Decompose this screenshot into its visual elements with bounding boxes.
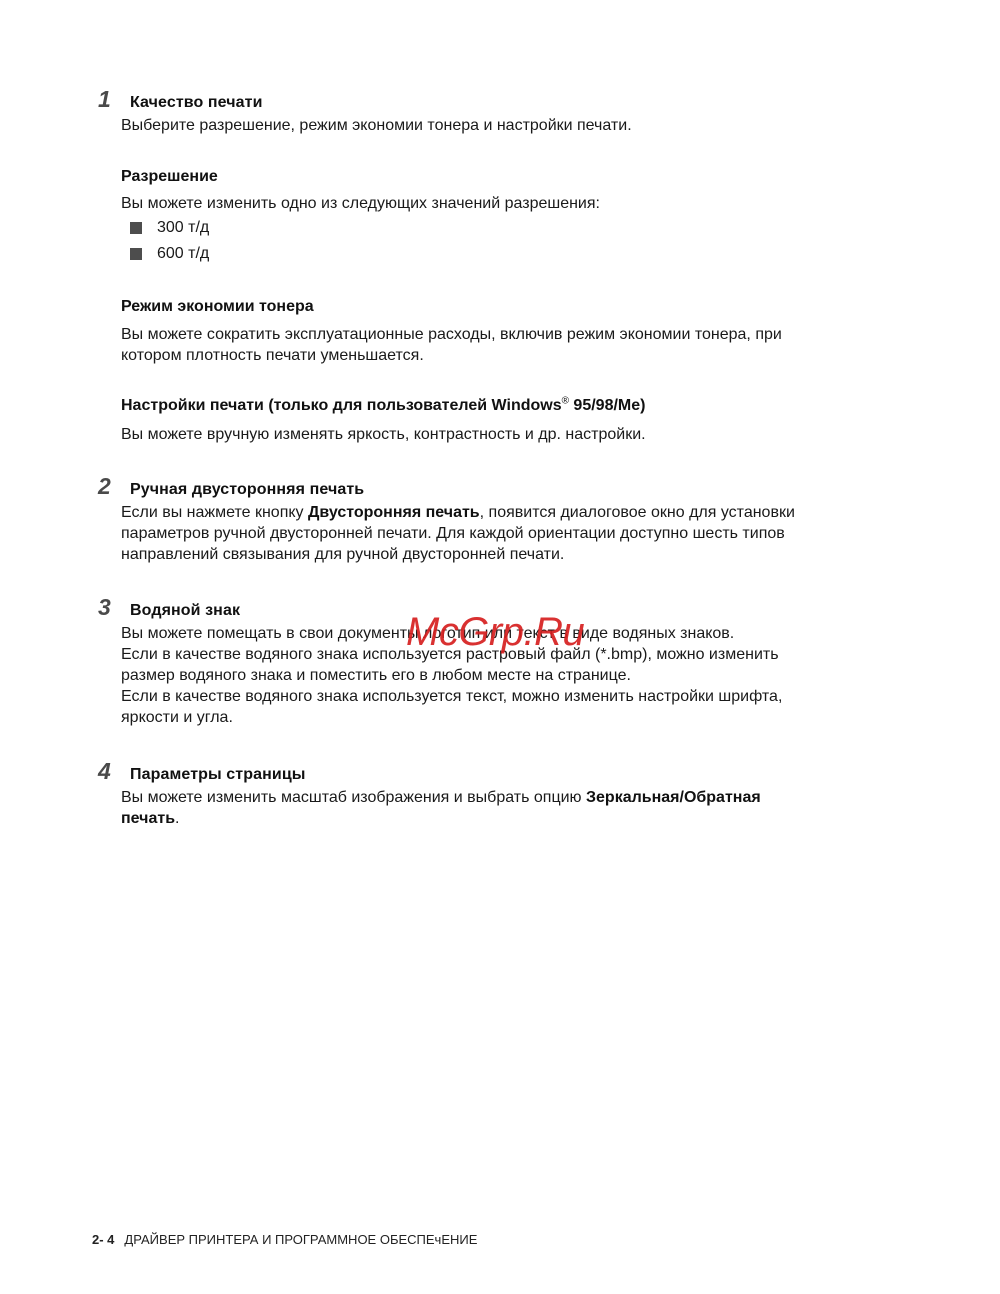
paragraph-line: Выберите разрешение, режим экономии тоне… xyxy=(121,115,911,136)
site-watermark: McGrp.Ru xyxy=(406,612,584,652)
list-item: 600 т/д xyxy=(130,245,209,263)
subheading-resolution: Разрешение xyxy=(121,168,218,186)
subheading-text: Настройки печати (только для пользовател… xyxy=(121,397,562,414)
paragraph-line: Если в качестве водяного знака используе… xyxy=(121,686,911,707)
subheading-toner-save: Режим экономии тонера xyxy=(121,298,314,316)
section-title: Водяной знак xyxy=(130,602,240,620)
section-title: Параметры страницы xyxy=(130,766,306,784)
paragraph-line: Вы можете вручную изменять яркость, конт… xyxy=(121,424,911,445)
section-number: 4 xyxy=(98,758,130,785)
paragraph-line: котором плотность печати уменьшается. xyxy=(121,345,911,366)
subheading-print-settings: Настройки печати (только для пользовател… xyxy=(121,397,645,415)
section-2-heading: 2 Ручная двусторонняя печать xyxy=(98,473,364,497)
mirror-option-reference: печать xyxy=(121,810,175,827)
section-title: Ручная двусторонняя печать xyxy=(130,481,364,499)
square-bullet-icon xyxy=(130,248,142,260)
section-number: 2 xyxy=(98,473,130,500)
section-3-heading: 3 Водяной знак xyxy=(98,594,240,618)
section-title: Качество печати xyxy=(130,94,263,112)
list-item-text: 300 т/д xyxy=(157,219,209,237)
paragraph-line: Вы можете изменить масштаб изображения и… xyxy=(121,787,911,808)
paragraph-line: направлений связывания для ручной двусто… xyxy=(121,544,911,565)
paragraph-line: яркости и угла. xyxy=(121,707,911,728)
section-1-intro: Выберите разрешение, режим экономии тоне… xyxy=(121,115,911,136)
page-footer: 2- 4 ДРАЙВЕР ПРИНТЕРА И ПРОГРАММНОЕ ОБЕС… xyxy=(92,1232,477,1247)
paragraph-line: параметров ручной двусторонней печати. Д… xyxy=(121,523,911,544)
document-page: 1 Качество печати Выберите разрешение, р… xyxy=(0,0,1000,1294)
paragraph-line: печать. xyxy=(121,808,911,829)
page-number: 2- 4 xyxy=(92,1232,114,1247)
paragraph-line: Вы можете сократить эксплуатационные рас… xyxy=(121,324,911,345)
section-number: 3 xyxy=(98,594,130,621)
registered-mark: ® xyxy=(562,396,569,407)
paragraph-line: Если вы нажмете кнопку Двусторонняя печа… xyxy=(121,502,911,523)
print-settings-text: Вы можете вручную изменять яркость, конт… xyxy=(121,424,911,445)
section-number: 1 xyxy=(98,86,130,113)
section-2-text: Если вы нажмете кнопку Двусторонняя печа… xyxy=(121,502,911,565)
square-bullet-icon xyxy=(130,222,142,234)
section-4-text: Вы можете изменить масштаб изображения и… xyxy=(121,787,911,829)
section-4-heading: 4 Параметры страницы xyxy=(98,758,306,782)
list-item-text: 600 т/д xyxy=(157,245,209,263)
chapter-title: ДРАЙВЕР ПРИНТЕРА И ПРОГРАММНОЕ ОБЕСПЕчЕН… xyxy=(124,1232,477,1247)
section-1-heading: 1 Качество печати xyxy=(98,86,263,110)
mirror-option-reference: Зеркальная/Обратная xyxy=(586,789,761,806)
resolution-text: Вы можете изменить одно из следующих зна… xyxy=(121,193,911,214)
paragraph-line: Вы можете изменить одно из следующих зна… xyxy=(121,193,911,214)
subheading-text: 95/98/Me) xyxy=(569,397,645,414)
duplex-button-reference: Двусторонняя печать xyxy=(308,504,480,521)
list-item: 300 т/д xyxy=(130,219,209,237)
toner-save-text: Вы можете сократить эксплуатационные рас… xyxy=(121,324,911,366)
paragraph-line: размер водяного знака и поместить его в … xyxy=(121,665,911,686)
